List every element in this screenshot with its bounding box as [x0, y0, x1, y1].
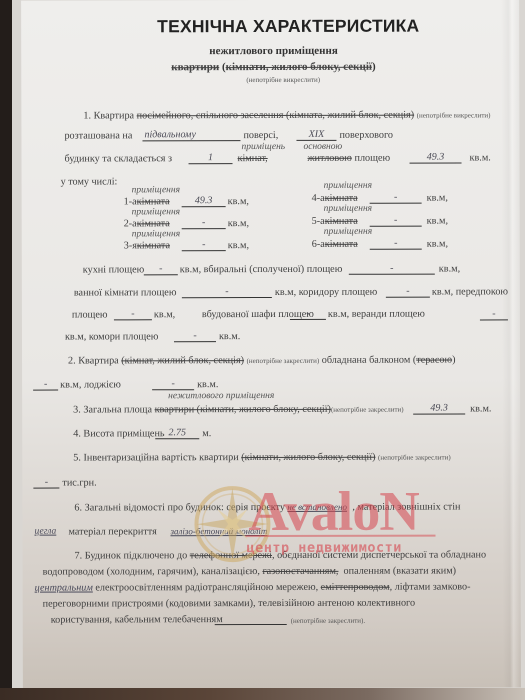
hallway-unit: кв.м,: [154, 309, 175, 320]
room6-unit: кв.м,: [427, 239, 448, 250]
height-unit: м.: [202, 428, 211, 439]
located-on-label: розташована на: [64, 130, 132, 141]
veranda-label: кв.м, веранди площею: [328, 309, 425, 320]
floor-label: поверсі,: [243, 130, 278, 141]
storeys-field[interactable]: XIX: [296, 129, 336, 141]
rooms-count-field[interactable]: 1: [188, 152, 232, 164]
document-subtitle: квартири (кімнати, жилого блоку, секції): [171, 61, 375, 74]
living-struck: житловою: [307, 153, 351, 164]
section3-line: 3. Загальна площа квартири (кімнати, жил…: [73, 404, 403, 416]
living-above-label: основною: [303, 142, 342, 152]
section7-line5: користування, кабельним телебаченням: [51, 614, 223, 625]
room3-area-field[interactable]: -: [182, 239, 226, 251]
storeys-label: поверхового: [339, 130, 393, 141]
veranda-area-field[interactable]: -: [480, 308, 508, 320]
room5-area-field[interactable]: -: [370, 215, 422, 227]
terrace-struck: терасою: [416, 355, 452, 366]
section1-struck: посімейного, спільного заселення (кімнат…: [137, 110, 415, 122]
floors-material-value[interactable]: залізо-бетонний моноліт: [170, 526, 267, 536]
storage-unit: кв.м.: [219, 331, 240, 342]
hallway-area-field[interactable]: -: [114, 308, 152, 320]
including-label: у тому числі:: [61, 176, 118, 187]
section2-label: 2. Квартира: [68, 355, 119, 366]
loggia-area-field[interactable]: -: [152, 378, 194, 390]
rooms-above-label: приміщень: [241, 142, 285, 152]
toilet-unit: кв.м,: [439, 264, 460, 275]
hallway-label: кв.м, передпокою: [432, 286, 508, 297]
area-unit: кв.м.: [469, 152, 490, 163]
room1-unit: кв.м,: [228, 196, 249, 207]
kitchen-area-field[interactable]: -: [144, 263, 178, 275]
section5-label: 5. Інвентаризаційна вартість квартири: [73, 452, 238, 463]
loggia-label: кв.м, лоджією: [60, 379, 121, 390]
room5-above: приміщення: [324, 204, 372, 214]
document-subtitle-handwritten: нежитлового приміщення: [209, 45, 338, 57]
floor-field[interactable]: підвальному: [142, 129, 240, 141]
balcony-label: обладнана балконом: [322, 355, 411, 366]
room3-label: 3-якімната: [124, 240, 170, 251]
section2-struck: (кімнат, жилий блок, секція): [121, 355, 244, 366]
section2-line: 2. Квартира (кімнат, жилий блок, секція)…: [68, 355, 455, 367]
room4-unit: кв.м,: [427, 193, 448, 204]
room2-area-field[interactable]: -: [182, 217, 226, 229]
room2-unit: кв.м,: [228, 218, 249, 229]
paper-fold: [501, 0, 521, 687]
room1-label: 1-акімната: [124, 196, 170, 207]
project-series-value[interactable]: не встановлено: [287, 502, 347, 512]
room4-above: приміщення: [324, 181, 372, 191]
room6-above: приміщення: [324, 227, 372, 237]
total-area-field[interactable]: 49.3: [413, 402, 465, 414]
kitchen-label: кухні площею: [83, 264, 144, 275]
section5-note: (непотрібне закреслити): [378, 454, 451, 462]
storage-area-field[interactable]: -: [174, 330, 216, 342]
section3-label: 3. Загальна площа: [73, 404, 152, 415]
section3-note: (непотрібне закреслити): [331, 406, 404, 414]
corridor-label: кв.м, коридору площею: [275, 287, 377, 298]
rooms-struck: кімнат,: [238, 153, 268, 164]
toilet-label: кв.м, вбиральні (сполученої) площею: [180, 264, 343, 275]
height-field[interactable]: 2.75: [155, 427, 199, 439]
section7-line1: 7. Будинок підключено до телефонної мере…: [75, 549, 487, 561]
room1-area-field[interactable]: 49.3: [182, 195, 226, 207]
section3-above: нежитлового приміщення: [168, 391, 274, 401]
balcony-area-field[interactable]: -: [33, 379, 58, 391]
bathroom-label: ванної кімнати площею: [74, 287, 177, 298]
document-title: ТЕХНІЧНА ХАРАКТЕРИСТИКА: [157, 16, 419, 38]
bathroom-area-field[interactable]: -: [182, 286, 272, 298]
section6-label: 6. Загальні відомості про будинок: серія…: [74, 502, 285, 514]
subtitle-struck: кімнати, жилого блоку, секції: [226, 61, 372, 73]
room6-area-field[interactable]: -: [370, 238, 422, 250]
room5-unit: кв.м,: [427, 216, 448, 227]
walls-label: , матеріал зовнішніх стін: [352, 502, 460, 513]
document-page: ТЕХНІЧНА ХАРАКТЕРИСТИКА нежитлового прим…: [21, 0, 521, 689]
room3-above: приміщення: [132, 229, 180, 239]
loggia-unit: кв.м.: [197, 379, 218, 390]
heating-type-value[interactable]: центральним: [35, 582, 93, 593]
room4-area-field[interactable]: -: [370, 192, 422, 204]
cable-tv-field[interactable]: [215, 613, 287, 625]
area-label: площею: [354, 153, 390, 164]
building-label: будинку та складається з: [65, 153, 172, 164]
section3-struck: квартири (кімнати, жилого блоку, секції): [155, 404, 331, 415]
section5-line: 5. Інвентаризаційна вартість квартири (к…: [73, 452, 450, 464]
section7-line2: водопроводом (холодним, гарячим), каналі…: [43, 566, 456, 578]
corridor-area-field[interactable]: -: [386, 286, 430, 298]
walls-material-value[interactable]: цегла: [34, 527, 56, 537]
floors-label: матеріал перекриття: [68, 526, 156, 537]
subtitle-struck-prefix: квартири: [171, 61, 219, 73]
hallway-area-label: площею: [72, 309, 108, 320]
room1-above: приміщення: [132, 185, 180, 195]
room2-label: 2-акімната: [124, 218, 170, 229]
total-living-area-field[interactable]: 49.3: [409, 152, 461, 164]
inventory-value-field[interactable]: -: [33, 477, 59, 489]
section7-line3: центральним електроосвітленням радіотран…: [35, 581, 471, 593]
height-label: 4. Висота приміщень: [73, 428, 164, 439]
room3-unit: кв.м,: [228, 240, 249, 251]
section1-line1: 1. Квартира посімейного, спільного засел…: [83, 109, 490, 121]
room6-label: 6-акімната: [312, 239, 358, 250]
background-table-edge: [0, 688, 525, 700]
watermark-underline: [246, 535, 436, 537]
room2-above: приміщення: [132, 207, 180, 217]
storage-label: кв.м, комори площею: [65, 331, 158, 342]
section7-note: (непотрібне закреслити).: [291, 617, 365, 625]
section1-note: (непотрібне викреслити): [417, 111, 491, 119]
section5-struck: (кімнати, жилого блоку, секції): [241, 452, 375, 463]
total-area-unit: кв.м.: [470, 403, 491, 414]
closet-area-field[interactable]: -: [290, 308, 326, 320]
inventory-unit: тис.грн.: [62, 477, 96, 488]
section2-note: (непотрібне закреслити): [247, 357, 320, 365]
section1-label: 1. Квартира: [83, 110, 134, 121]
subtitle-note: (непотрібне викреслити): [246, 76, 320, 84]
room5-label: 5-акімната: [312, 216, 358, 227]
section7-line4: переговорними пристроями (кодовими замка…: [43, 598, 415, 610]
toilet-area-field[interactable]: -: [349, 263, 435, 275]
room4-label: 4-акімната: [312, 193, 358, 204]
